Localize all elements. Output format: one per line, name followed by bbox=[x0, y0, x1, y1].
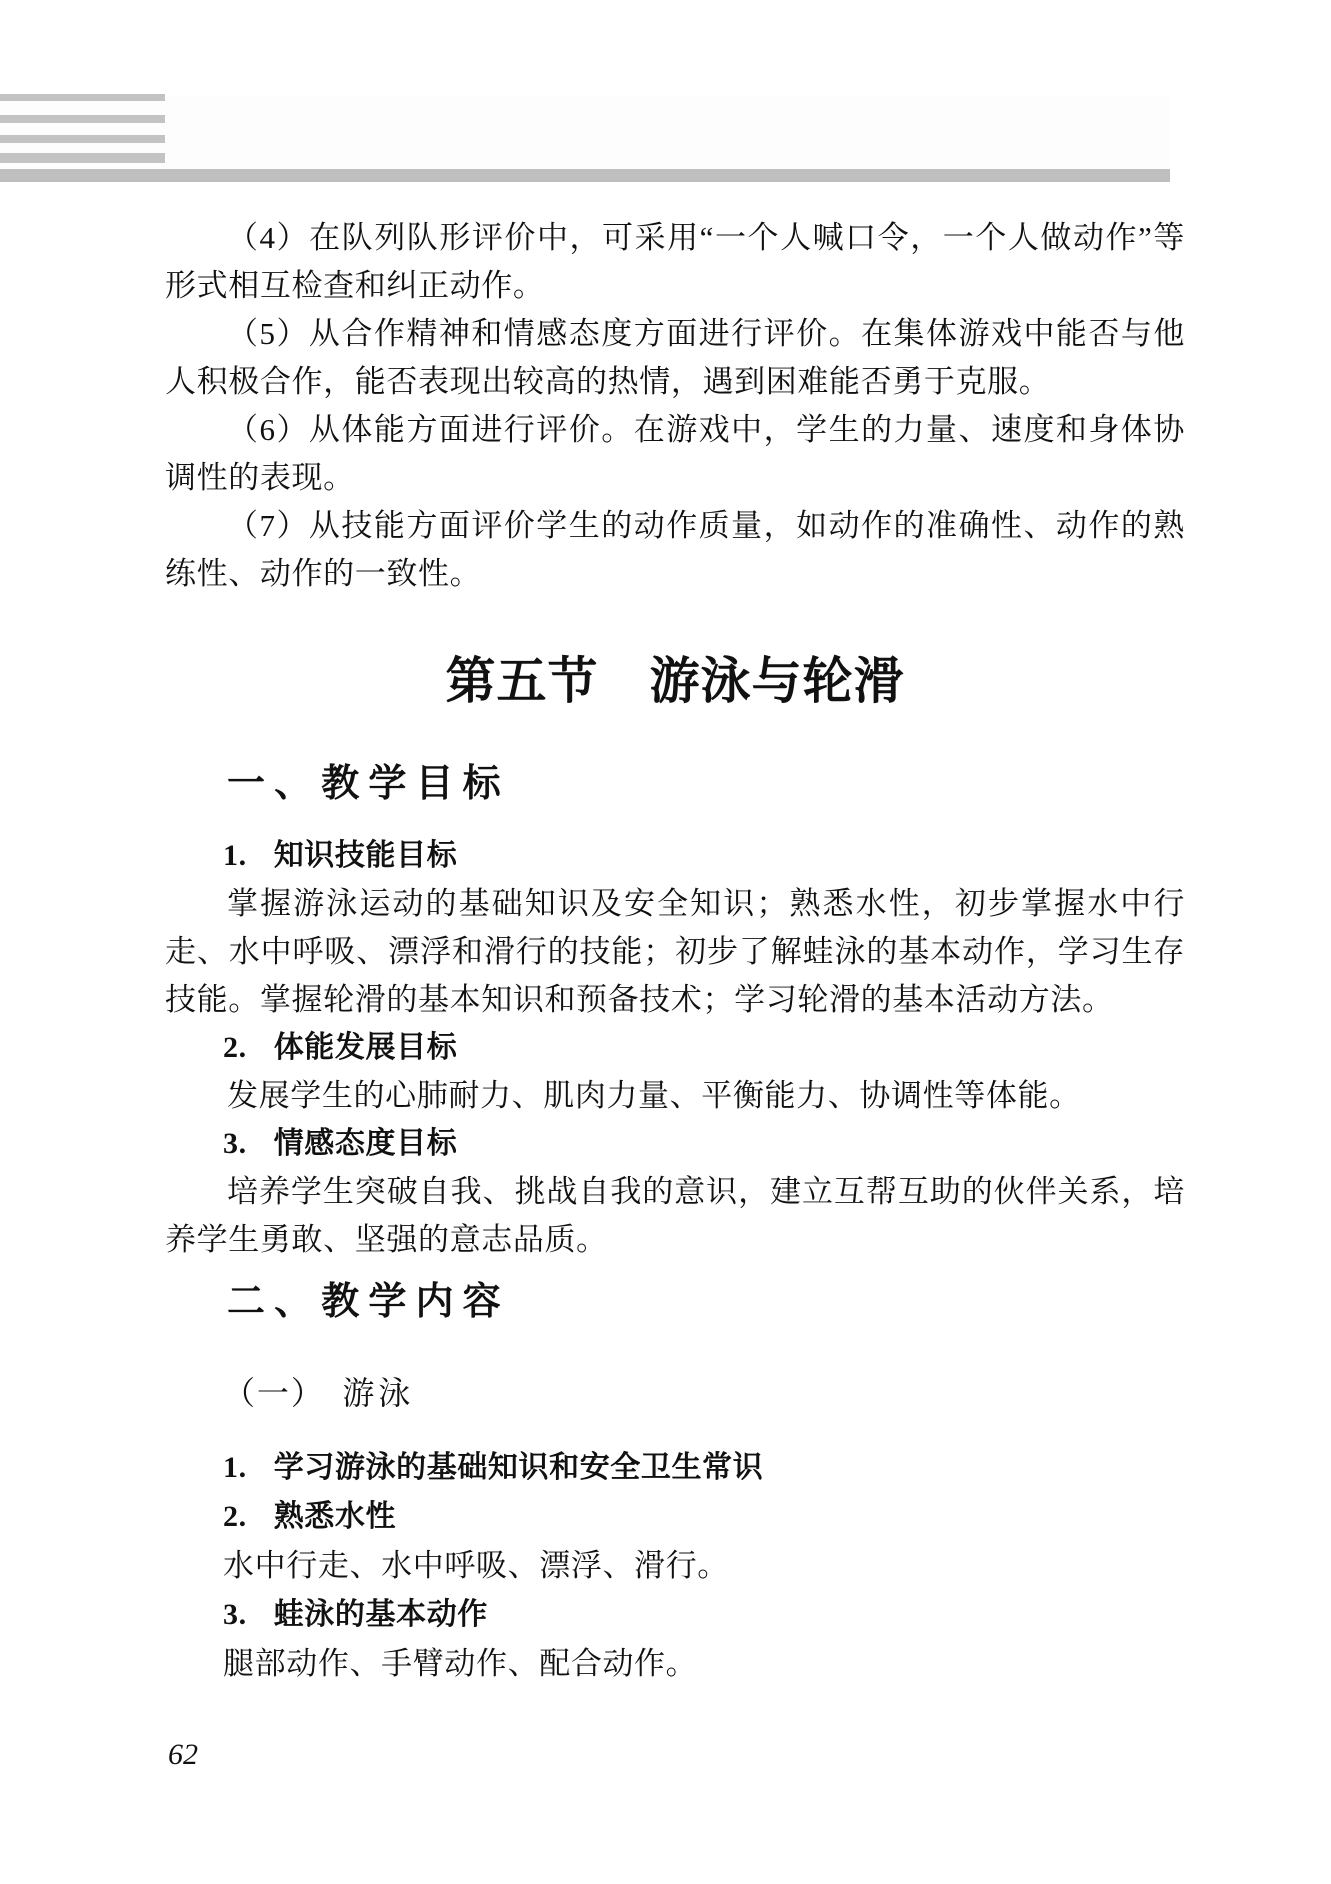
content-item-body: 腿部动作、手臂动作、配合动作。 bbox=[165, 1639, 1185, 1688]
objective-item-number: 3. bbox=[223, 1127, 247, 1160]
objective-item-body: 培养学生突破自我、挑战自我的意识，建立互帮互助的伙伴关系，培养学生勇敢、坚强的意… bbox=[165, 1168, 1185, 1264]
content-item-heading: 3.蛙泳的基本动作 bbox=[165, 1590, 1185, 1639]
objective-item-heading: 1.知识技能目标 bbox=[165, 832, 1185, 880]
objective-item-heading: 2.体能发展目标 bbox=[165, 1024, 1185, 1072]
content-subsection-heading: （一）游泳 bbox=[223, 1370, 1185, 1416]
content-item-title: 学习游泳的基础知识和安全卫生常识 bbox=[274, 1451, 764, 1484]
content-subsection-label: （一） bbox=[223, 1375, 325, 1411]
objectives-block: 1.知识技能目标 掌握游泳运动的基础知识及安全知识；熟悉水性，初步掌握水中行走、… bbox=[165, 832, 1185, 1264]
content-heading: 二、教学内容 bbox=[227, 1280, 1185, 1324]
document-page: （4）在队列队形评价中，可采用“一个人喊口令，一个人做动作”等形式相互检查和纠正… bbox=[0, 0, 1331, 1884]
objective-item-title: 知识技能目标 bbox=[274, 839, 458, 872]
content-item-heading: 1.学习游泳的基础知识和安全卫生常识 bbox=[165, 1443, 1185, 1492]
intro-paragraph-4: （4）在队列队形评价中，可采用“一个人喊口令，一个人做动作”等形式相互检查和纠正… bbox=[165, 214, 1185, 310]
content-item-heading: 2.熟悉水性 bbox=[165, 1492, 1185, 1541]
intro-paragraph-5: （5）从合作精神和情感态度方面进行评价。在集体游戏中能否与他人积极合作，能否表现… bbox=[165, 310, 1185, 406]
objective-item-heading: 3.情感态度目标 bbox=[165, 1120, 1185, 1168]
page-content: （4）在队列队形评价中，可采用“一个人喊口令，一个人做动作”等形式相互检查和纠正… bbox=[0, 0, 1331, 1775]
content-item-title: 熟悉水性 bbox=[274, 1500, 396, 1533]
objective-item-body: 掌握游泳运动的基础知识及安全知识；熟悉水性，初步掌握水中行走、水中呼吸、漂浮和滑… bbox=[165, 880, 1185, 1024]
intro-paragraph-7: （7）从技能方面评价学生的动作质量，如动作的准确性、动作的熟练性、动作的一致性。 bbox=[165, 502, 1185, 598]
objectives-heading: 一、教学目标 bbox=[227, 762, 1185, 806]
content-item-title: 蛙泳的基本动作 bbox=[274, 1598, 488, 1631]
content-list: 1.学习游泳的基础知识和安全卫生常识 2.熟悉水性 水中行走、水中呼吸、漂浮、滑… bbox=[165, 1443, 1185, 1688]
intro-paragraph-6: （6）从体能方面进行评价。在游戏中，学生的力量、速度和身体协调性的表现。 bbox=[165, 406, 1185, 502]
content-item-number: 3. bbox=[223, 1598, 247, 1631]
objective-item-number: 1. bbox=[223, 839, 247, 872]
content-item-number: 1. bbox=[223, 1451, 247, 1484]
objective-item-title: 情感态度目标 bbox=[274, 1127, 458, 1160]
section-title: 第五节 游泳与轮滑 bbox=[165, 650, 1185, 712]
page-number: 62 bbox=[168, 1735, 1185, 1775]
objective-item-title: 体能发展目标 bbox=[274, 1031, 458, 1064]
objective-item-body: 发展学生的心肺耐力、肌肉力量、平衡能力、协调性等体能。 bbox=[165, 1072, 1185, 1120]
content-item-body: 水中行走、水中呼吸、漂浮、滑行。 bbox=[165, 1541, 1185, 1590]
content-item-number: 2. bbox=[223, 1500, 247, 1533]
objective-item-number: 2. bbox=[223, 1031, 247, 1064]
content-subsection-title: 游泳 bbox=[342, 1375, 414, 1411]
